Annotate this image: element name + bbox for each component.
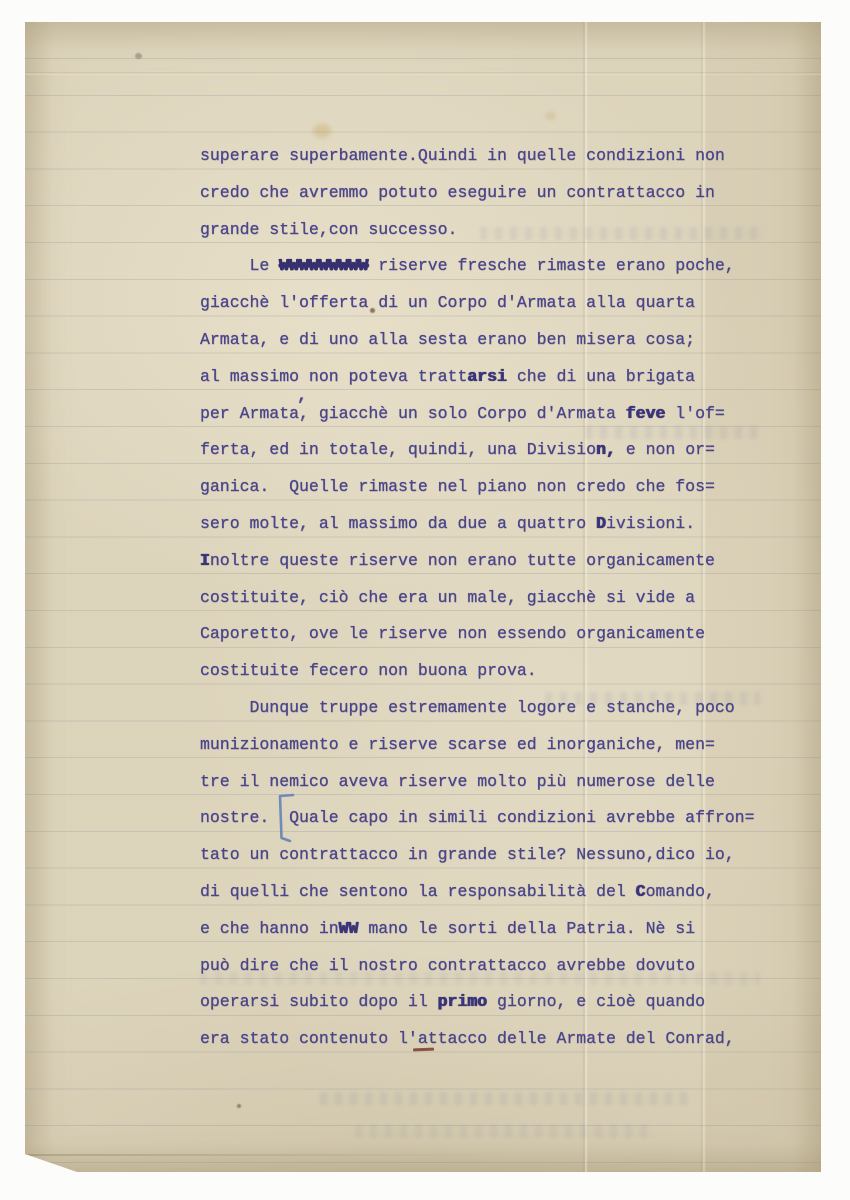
second-sheet-edge xyxy=(25,1154,503,1156)
text-line: giacchè l'offerta di un Corpo d'Armata a… xyxy=(200,285,800,322)
page-scan: superare superbamente.Quindi in quelle c… xyxy=(0,0,850,1200)
text-line: Dunque truppe estremamente logore e stan… xyxy=(200,690,800,727)
stain-mark xyxy=(135,53,142,59)
text-line: era stato contenuto l'attacco delle Arma… xyxy=(200,1021,800,1058)
bleed-through-mark xyxy=(320,1092,690,1105)
text-line: può dire che il nostro contrattacco avre… xyxy=(200,948,800,985)
text-line: credo che avremmo potuto eseguire un con… xyxy=(200,175,800,212)
stain-mark xyxy=(545,112,556,120)
text-line: ferta, ed in totale, quindi, una Divisio… xyxy=(200,432,800,469)
text-line: costituite, ciò che era un male, giacchè… xyxy=(200,580,800,617)
text-line: per Armata, giacchè un solo Corpo d'Arma… xyxy=(200,396,800,433)
text-line: superare superbamente.Quindi in quelle c… xyxy=(200,138,800,175)
text-line: Inoltre queste riserve non erano tutte o… xyxy=(200,543,800,580)
inserted-comma-mark: , xyxy=(297,388,307,405)
stain-mark xyxy=(313,124,331,138)
text-line: Le WWWWWWWWW riserve fresche rimaste era… xyxy=(200,248,800,285)
text-line: costituite fecero non buona prova. xyxy=(200,653,800,690)
text-line: sero molte, al massimo da due a quattro … xyxy=(200,506,800,543)
typewritten-text: superare superbamente.Quindi in quelle c… xyxy=(200,138,800,1058)
text-line: operarsi subito dopo il primo giorno, e … xyxy=(200,984,800,1021)
blue-pencil-bracket-icon xyxy=(274,791,298,845)
paper-sheet: superare superbamente.Quindi in quelle c… xyxy=(25,22,821,1172)
text-line: ganica. Quelle rimaste nel piano non cre… xyxy=(200,469,800,506)
text-line: grande stile,con successo. xyxy=(200,212,800,249)
text-line: Caporetto, ove le riserve non essendo or… xyxy=(200,616,800,653)
text-line: di quelli che sentono la responsabilità … xyxy=(200,874,800,911)
text-line: al massimo non poteva trattarsi che di u… xyxy=(200,359,800,396)
stain-mark xyxy=(237,1104,241,1108)
bleed-through-mark xyxy=(355,1125,655,1138)
text-line: e che hanno inWW mano le sorti della Pat… xyxy=(200,911,800,948)
text-line: Armata, e di uno alla sesta erano ben mi… xyxy=(200,322,800,359)
text-line: munizionamento e riserve scarse ed inorg… xyxy=(200,727,800,764)
